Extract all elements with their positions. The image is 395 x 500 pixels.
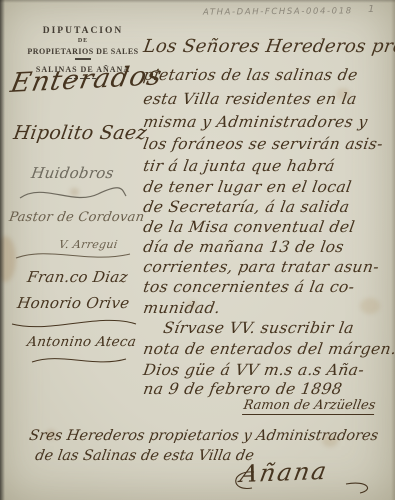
- archive-reference: ATHA-DAH-FCHSA-004-018: [203, 6, 353, 17]
- letterhead-line3: PROPIETARIOS DE SALES: [24, 47, 142, 56]
- manuscript-line: Dios güe á VV m.s a.s Aña-: [142, 361, 366, 379]
- foxing-stain: [360, 298, 380, 314]
- footer-address-line2: de las Salinas de esta Villa de: [34, 448, 255, 464]
- manuscript-line: día de mañana 13 de los: [142, 238, 345, 256]
- margin-signature: Hipolito Saez: [12, 122, 149, 144]
- margin-signature: Fran.co Diaz: [26, 268, 129, 286]
- paper-edge-left: [0, 0, 5, 500]
- manuscript-line: de tener lugar en el local: [142, 178, 353, 196]
- footer-address-line1: Sres Herederos propietarios y Administra…: [28, 428, 379, 444]
- margin-signature: Pastor de Cordovan: [8, 210, 146, 225]
- margin-signature: Honorio Orive: [16, 294, 131, 312]
- manuscript-line: corrientes, para tratar asun-: [142, 258, 380, 276]
- letterhead-line2: DE: [24, 38, 142, 44]
- manuscript-line: tos concernientes á la co-: [142, 278, 356, 296]
- manuscript-line: de la Misa conventual del: [142, 218, 356, 236]
- manuscript-line: esta Villa residentes en la: [142, 90, 358, 108]
- manuscript-scan: DIPUTACION DE PROPIETARIOS DE SALES SALI…: [0, 0, 395, 500]
- manuscript-line: na 9 de febrero de 1898: [142, 380, 344, 398]
- manuscript-line: Sírvase VV. suscribir la: [162, 319, 355, 337]
- manuscript-line: tir á la junta que habrá: [142, 157, 336, 175]
- rubric-flourish: [14, 248, 134, 264]
- page-number: 1: [368, 4, 374, 15]
- manuscript-line: nota de enterados del márgen.: [142, 340, 395, 358]
- paper-edge-top: [0, 0, 395, 3]
- manuscript-line: los foráneos se servirán asis-: [142, 135, 384, 153]
- manuscript-line: munidad.: [142, 299, 222, 317]
- manuscript-line: Los Señores Herederos pro-: [142, 36, 395, 57]
- manuscript-line: misma y Administradores y: [142, 113, 369, 131]
- manuscript-line: de Secretaría, á la salida: [142, 198, 351, 216]
- letterhead-rule: [75, 58, 91, 60]
- rubric-flourish: [30, 354, 130, 368]
- manuscript-line: pietarios de las salinas de: [142, 66, 359, 84]
- paper-edge-right: [391, 0, 395, 500]
- margin-signature: Huidobros: [30, 164, 115, 182]
- rubric-flourish: [228, 462, 378, 496]
- rubric-flourish: [10, 316, 140, 332]
- margin-signature: Antonino Ateca: [26, 334, 137, 350]
- secretary-signature: Ramon de Arzüelles: [242, 398, 377, 415]
- letterhead-line1: DIPUTACION: [24, 26, 142, 36]
- rubric-flourish: [18, 186, 128, 204]
